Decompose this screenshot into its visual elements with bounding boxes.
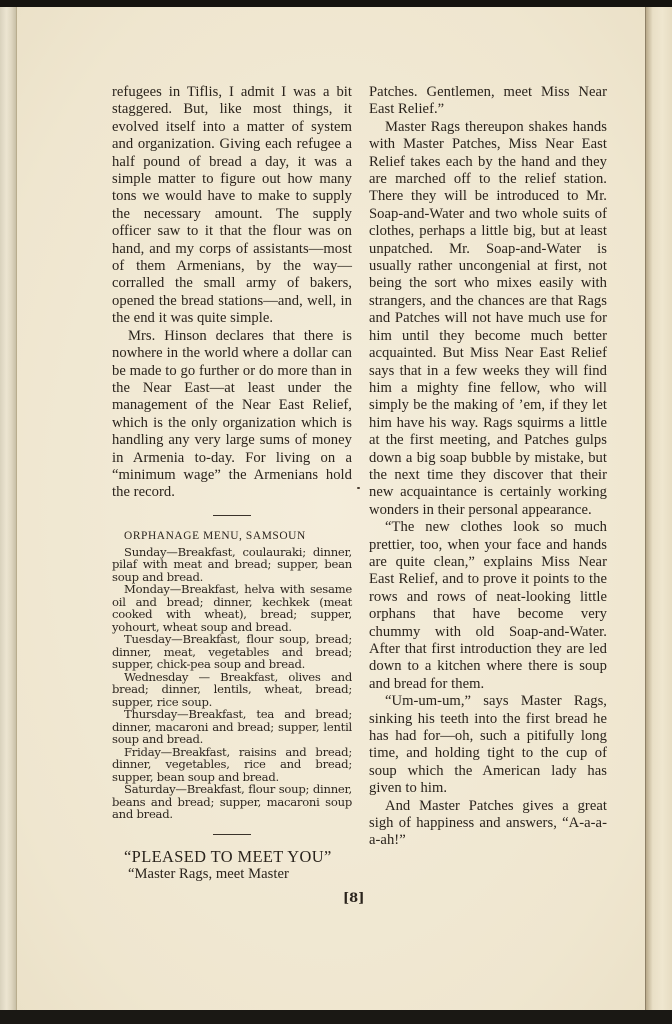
right-column: Patches. Gentlemen, meet Miss Near East …: [369, 84, 607, 850]
menu-day-saturday: Saturday—Breakfast, flour soup; dinner, …: [112, 783, 352, 821]
menu-day-thursday: Thursday—Breakfast, tea and bread; dinne…: [112, 708, 352, 746]
binding-gutter-right: [645, 7, 672, 1010]
menu-day-friday: Friday—Breakfast, raisins and bread; din…: [112, 746, 352, 784]
paragraph: And Master Patches gives a great sigh of…: [369, 798, 607, 850]
menu-day-sunday: Sunday—Breakfast, coulauraki; dinner, pi…: [112, 546, 352, 584]
paragraph: refugees in Tiflis, I admit I was a bit …: [112, 84, 352, 328]
paragraph: “Um-um-um,” says Master Rags, sinking hi…: [369, 693, 607, 797]
page-number: [8]: [343, 891, 364, 906]
paragraph: “The new clothes look so much prettier, …: [369, 519, 607, 693]
left-column: refugees in Tiflis, I admit I was a bit …: [112, 84, 352, 883]
paragraph: Mrs. Hinson declares that there is nowhe…: [112, 328, 352, 502]
scan-bottom-edge: [0, 1010, 672, 1024]
section-divider: [213, 834, 251, 835]
paragraph: “Master Rags, meet Master: [112, 866, 352, 883]
paragraph: Master Rags thereupon shakes hands with …: [369, 119, 607, 519]
menu-title: ORPHANAGE MENU, SAMSOUN: [124, 529, 352, 543]
orphanage-menu: ORPHANAGE MENU, SAMSOUN Sunday—Breakfast…: [112, 529, 352, 821]
menu-day-wednesday: Wednesday — Breakfast, olives and bread;…: [112, 671, 352, 709]
section-divider: [213, 515, 251, 516]
paragraph: Patches. Gentlemen, meet Miss Near East …: [369, 84, 607, 119]
menu-day-tuesday: Tuesday—Breakfast, flour soup, bread; di…: [112, 633, 352, 671]
menu-day-monday: Monday—Breakfast, helva with sesame oil …: [112, 583, 352, 633]
section-heading: “PLEASED TO MEET YOU”: [124, 848, 352, 866]
page-stack-left-edge: [0, 7, 17, 1010]
ink-speck: [357, 487, 360, 489]
